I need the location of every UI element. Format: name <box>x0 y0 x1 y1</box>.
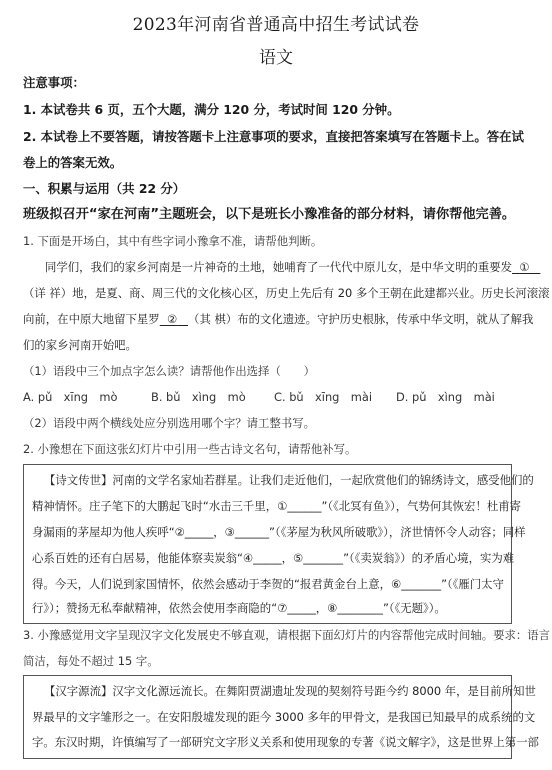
passage-text: 同学们，我们的家乡河南是一片神奇的土地，她哺育了一代代中原儿女，是中华文明的重要… <box>45 260 512 274</box>
slide-line: 得。今天，人们说到家国情怀，依然会感动于李贺的“报君黄金台上意，⑥_______… <box>32 575 504 593</box>
section-intro: 班级拟召开“家在河南”主题班会，以下是班长小豫准备的部分材料，请你帮他完善。 <box>23 206 515 224</box>
q1-sub1: （1）语段中三个加点字怎么读？请帮他作出选择（ ） <box>23 362 315 380</box>
note-item-2: 2. 本试卷上不要答题，请按答题卡上注意事项的要求，直接把答案填写在答题卡上。答… <box>23 128 524 146</box>
q1-passage-line-4: 们的家乡河南开始吧。 <box>23 336 137 354</box>
slide-line: 【诗文传世】河南的文学名家灿若群星。让我们走近他们，一起欣赏他们的锦绣诗文，感受… <box>44 471 534 489</box>
q1-passage-line-1: 同学们，我们的家乡河南是一片神奇的土地，她哺育了一代代中原儿女，是中华文明的重要… <box>45 258 540 276</box>
option-c: C. bǔ xīng mài <box>274 388 396 406</box>
slide-line: 行》）；赞扬无私奉献精神，依然会使用李商隐的“⑦_____，⑧________”… <box>32 599 446 617</box>
slide-line: 心系百姓的还有白居易，他能体察卖炭翁“④_____，⑤_______”（《卖炭翁… <box>32 549 514 567</box>
exam-subject: 语文 <box>0 43 552 68</box>
q1-sub2: （2）语段中两个横线处应分别选用哪个字？请工整书写。 <box>23 414 315 432</box>
q3-prompt-line-1: 3. 小豫感觉用文字呈现汉字文化发展史不够直观，请根据下面幻灯片的内容帮他完成时… <box>23 626 550 644</box>
option-b: B. bǔ xìng mò <box>151 388 274 406</box>
blank-2: ② <box>160 312 188 326</box>
slide-line: 【汉字源流】汉字文化源远流长。在舞阳贾湖遗址发现的契刻符号距今约 8000 年，… <box>44 682 536 700</box>
note-item-1: 1. 本试卷共 6 页，五个大题，满分 120 分，考试时间 120 分钟。 <box>23 101 399 119</box>
poetry-slide-box: 【诗文传世】河南的文学名家灿若群星。让我们走近他们，一起欣赏他们的锦绣诗文，感受… <box>23 464 512 624</box>
slide-line: 身漏雨的茅屋却为他人疾呼“②_____，③______”（《茅屋为秋风所破歌》）… <box>32 523 526 541</box>
slide-line: 界最早的文字雏形之一。在安阳殷墟发现的距今 3000 多年的甲骨文，是我国已知最… <box>32 708 535 726</box>
slide-line: 字。东汉时期，许慎编写了一部研究文字形义关系和使用现象的专著《说文解字》，这是世… <box>32 733 539 751</box>
q3-prompt-line-2: 简洁，每处不超过 15 字。 <box>23 652 159 670</box>
q1-passage-line-2: （详 祥）地，是夏、商、周三代的文化核心区，历史上先后有 20 多个王朝在此建都… <box>23 284 550 302</box>
q1-passage-line-3: 向前，在中原大地留下星罗 ② （其 棋）布的文化遗迹。守护历史根脉，传承中华文明… <box>23 310 533 328</box>
option-d: D. pǔ xìng mài <box>396 388 495 406</box>
option-a: A. pǔ xīng mò <box>23 388 151 406</box>
q1-options: A. pǔ xīng mò B. bǔ xìng mò C. bǔ xīng m… <box>23 388 495 406</box>
note-item-2-cont: 卷上的答案无效。 <box>23 154 122 172</box>
section-heading: 一、积累与运用（共 22 分） <box>23 180 185 198</box>
hanzi-slide-box: 【汉字源流】汉字文化源远流长。在舞阳贾湖遗址发现的契刻符号距今约 8000 年，… <box>23 675 512 759</box>
blank-1: ① <box>512 260 540 274</box>
q1-prompt: 1. 下面是开场白，其中有些字词小豫拿不准，请帮他判断。 <box>23 232 322 250</box>
slide-line: 精神情怀。庄子笔下的大鹏起飞时“水击三千里，①______”（《北冥有鱼》），气… <box>32 497 521 515</box>
exam-title: 2023年河南省普通高中招生考试试卷 <box>0 10 552 35</box>
notes-label: 注意事项： <box>23 74 85 92</box>
q2-prompt: 2. 小豫想在下面这张幻灯片中引用一些古诗文名句，请帮他补写。 <box>23 440 356 458</box>
